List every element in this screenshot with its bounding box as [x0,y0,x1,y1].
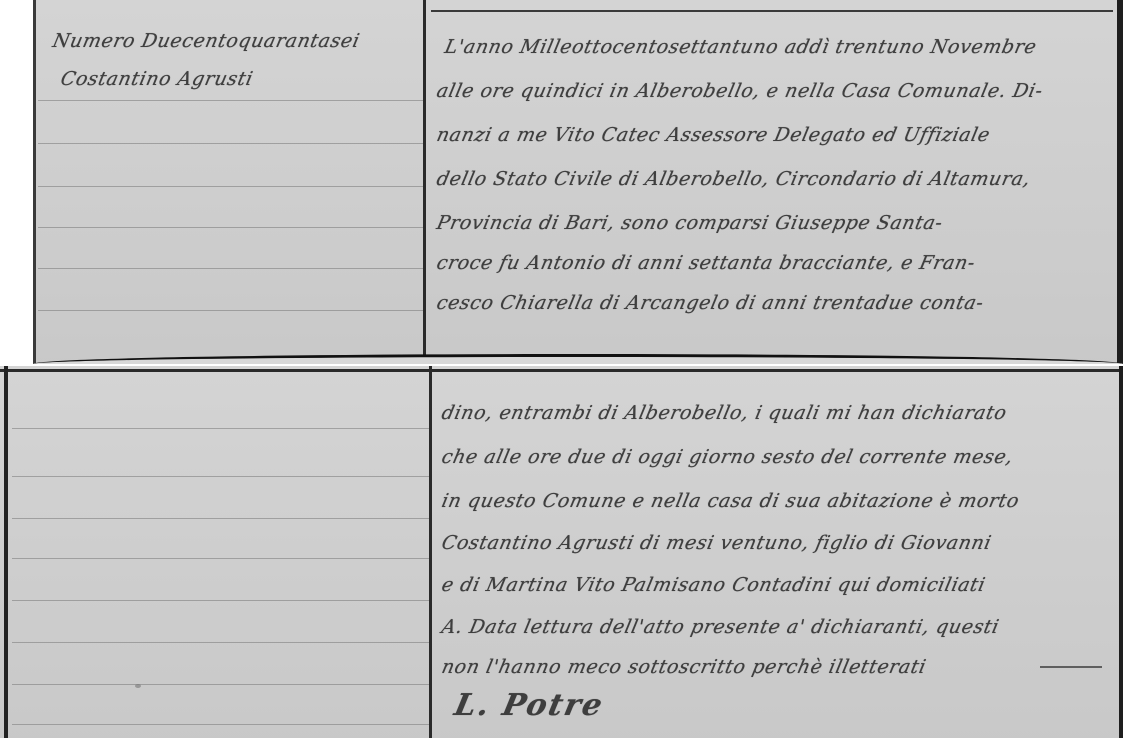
ruled-line [12,518,429,519]
ruled-line [38,227,423,228]
ruled-line [12,428,429,429]
page-bottom-edge [33,354,1123,364]
record-line-11: Costantino Agrusti di mesi ventuno, figl… [440,532,994,554]
record-line-3: nanzi a me Vito Catec Assessore Delegato… [435,124,993,146]
ruled-line [12,684,429,685]
record-line-2: alle ore quindici in Alberobello, e nell… [435,80,1045,102]
page-right-edge [1117,0,1123,364]
column-divider [429,366,432,738]
register-page-top: Numero Duecentoquarantasei Costantino Ag… [33,0,1123,364]
record-line-9: che alle ore due di oggi giorno sesto de… [440,446,1016,468]
record-line-10: in questo Comune e nella casa di sua abi… [440,490,1022,512]
margin-note-line-2: Costantino Agrusti [59,68,256,90]
ruled-line [38,186,423,187]
ruled-line [12,600,429,601]
ruled-line [38,268,423,269]
record-line-8: dino, entrambi di Alberobello, i quali m… [440,402,1009,424]
record-line-1: L'anno Milleottocentosettantuno addì tre… [443,36,1039,58]
official-signature: L. Potre [451,688,607,723]
page-left-edge [33,0,36,364]
register-page-bottom: dino, entrambi di Alberobello, i quali m… [0,366,1123,738]
ruled-line [38,100,423,101]
record-line-12: e di Martina Vito Palmisano Contadini qu… [440,574,988,596]
column-divider [423,0,426,364]
page-left-edge [4,366,8,738]
record-line-4: dello Stato Civile di Alberobello, Circo… [435,168,1033,190]
margin-note-line-1: Numero Duecentoquarantasei [51,30,362,52]
ruled-line [12,642,429,643]
closing-dash [1040,666,1102,668]
record-line-13: A. Data lettura dell'atto presente a' di… [440,616,1002,638]
page-top-rule [0,369,1123,372]
ruled-line [38,310,423,311]
ruled-line [12,724,429,725]
record-line-5: Provincia di Bari, sono comparsi Giusepp… [435,212,945,234]
record-line-6: croce fu Antonio di anni settanta bracci… [435,252,978,274]
ink-spot [135,684,141,688]
ruled-line [12,558,429,559]
ruled-line [38,143,423,144]
ruled-line [12,476,429,477]
page-top-rule [431,10,1113,12]
record-line-14: non l'hanno meco sottoscritto perchè ill… [440,656,929,678]
page-right-edge [1119,366,1123,738]
record-line-7: cesco Chiarella di Arcangelo di anni tre… [435,292,986,314]
